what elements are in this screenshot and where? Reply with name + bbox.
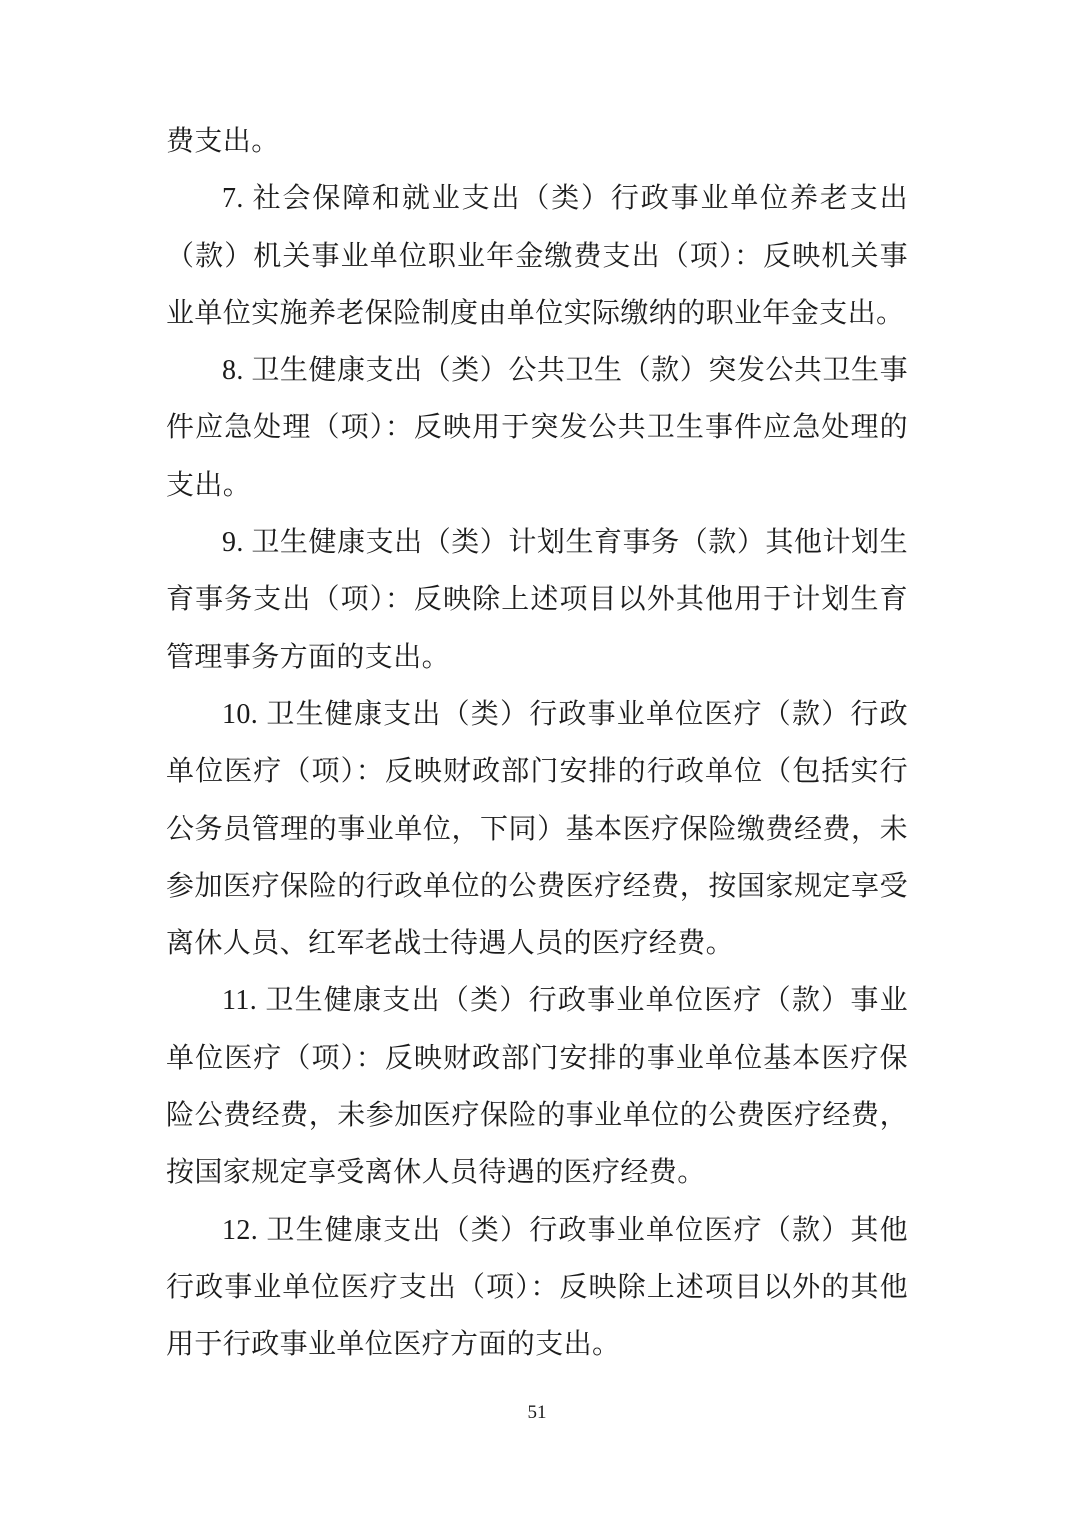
page-footer: 51 xyxy=(0,1402,1074,1424)
paragraph-continuation: 费支出。 xyxy=(166,113,908,170)
page-content: 费支出。 7. 社会保障和就业支出（类）行政事业单位养老支出（款）机关事业单位职… xyxy=(166,113,908,1374)
paragraph-item-9: 9. 卫生健康支出（类）计划生育事务（款）其他计划生育事务支出（项）：反映除上述… xyxy=(166,514,908,686)
paragraph-item-11: 11. 卫生健康支出（类）行政事业单位医疗（款）事业单位医疗（项）：反映财政部门… xyxy=(166,972,908,1201)
page-number: 51 xyxy=(528,1402,547,1423)
paragraph-item-12: 12. 卫生健康支出（类）行政事业单位医疗（款）其他行政事业单位医疗支出（项）：… xyxy=(166,1202,908,1374)
document-page: 费支出。 7. 社会保障和就业支出（类）行政事业单位养老支出（款）机关事业单位职… xyxy=(0,0,1074,1520)
paragraph-item-8: 8. 卫生健康支出（类）公共卫生（款）突发公共卫生事件应急处理（项）：反映用于突… xyxy=(166,342,908,514)
paragraph-item-7: 7. 社会保障和就业支出（类）行政事业单位养老支出（款）机关事业单位职业年金缴费… xyxy=(166,170,908,342)
paragraph-item-10: 10. 卫生健康支出（类）行政事业单位医疗（款）行政单位医疗（项）：反映财政部门… xyxy=(166,686,908,972)
